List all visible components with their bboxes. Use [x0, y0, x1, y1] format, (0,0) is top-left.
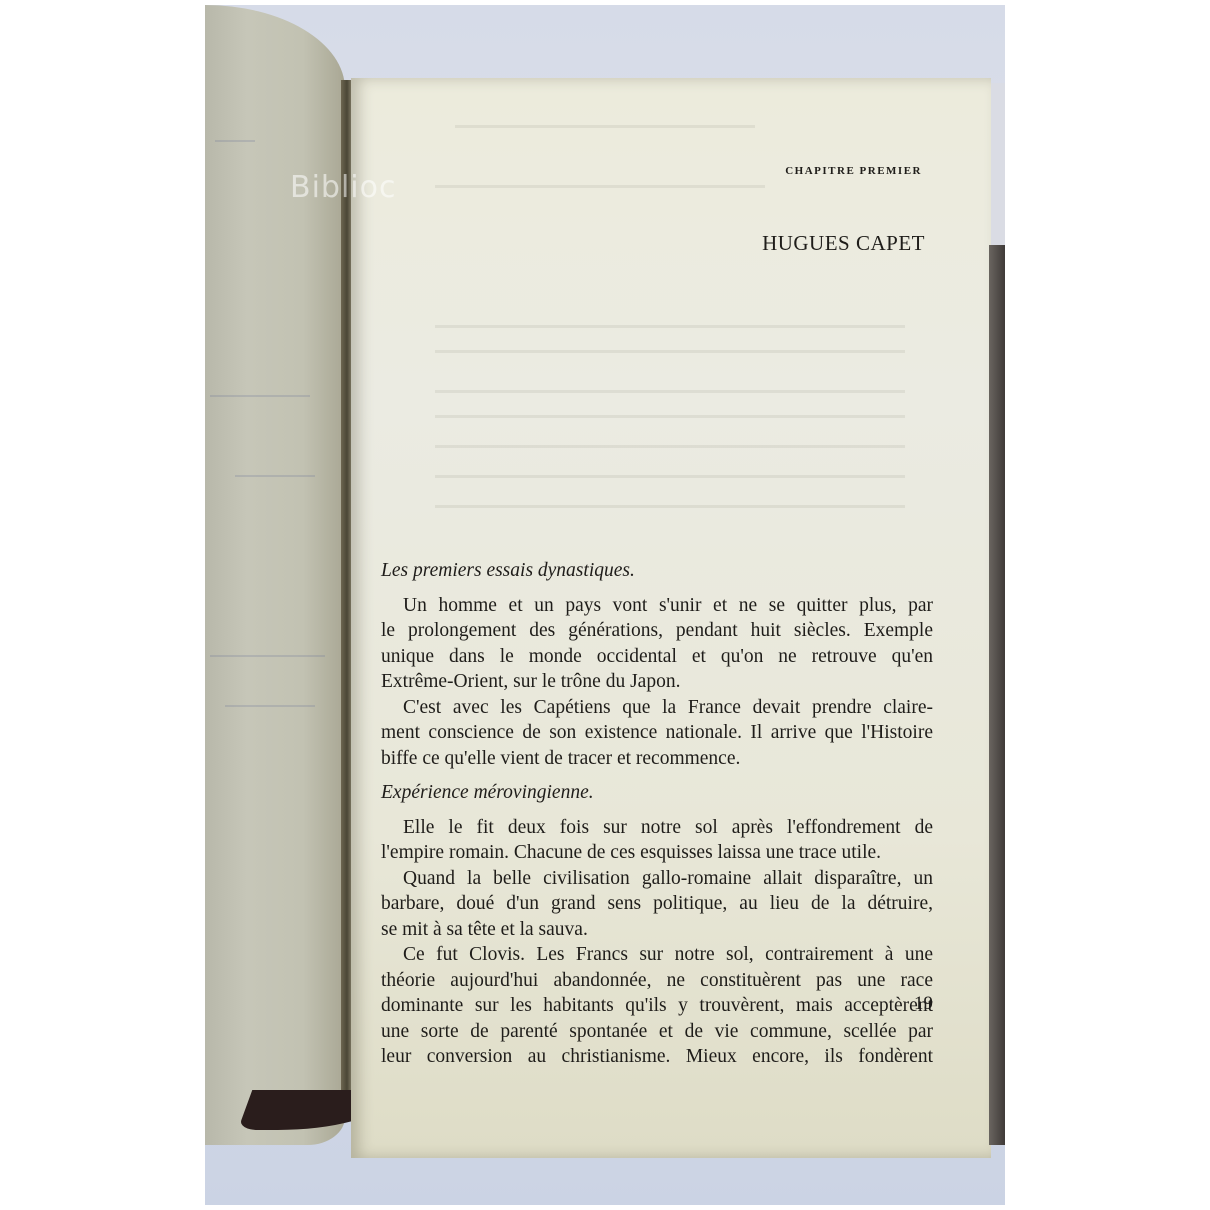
body-text: Les premiers essais dynastiques.Un homme…: [381, 558, 933, 1070]
watermark: Biblioc: [290, 170, 396, 205]
text-line: le prolongement des générations, pendant…: [381, 618, 933, 644]
text-line: l'empire romain. Chacune de ces esquisse…: [381, 840, 933, 866]
text-line: Quand la belle civilisation gallo-romain…: [381, 866, 933, 892]
text-line: biffe ce qu'elle vient de tracer et reco…: [381, 746, 933, 772]
text-line: unique dans le monde occidental et qu'on…: [381, 644, 933, 670]
show-through-line: [435, 445, 905, 448]
show-through-line: [435, 390, 905, 393]
text-line: se mit à sa tête et la sauva.: [381, 917, 933, 943]
show-through-line: [435, 415, 905, 418]
page-edge-shadow: [989, 245, 1005, 1145]
show-through-line: [210, 655, 325, 657]
page-number: 19: [881, 993, 933, 1015]
text-line: Un homme et un pays vont s'unir et ne se…: [381, 593, 933, 619]
chapter-title: Hugues Capet: [635, 231, 925, 256]
section-heading: Les premiers essais dynastiques.: [381, 558, 933, 584]
show-through-line: [435, 325, 905, 328]
chapter-label: Chapitre premier: [745, 165, 922, 177]
text-line: théorie aujourd'hui abandonnée, ne const…: [381, 968, 933, 994]
text-line: Ce fut Clovis. Les Francs sur notre sol,…: [381, 942, 933, 968]
paragraph: Elle le fit deux fois sur notre sol aprè…: [381, 815, 933, 866]
text-line: Extrême-Orient, sur le trône du Japon.: [381, 669, 933, 695]
show-through-line: [235, 475, 315, 477]
text-line: Elle le fit deux fois sur notre sol aprè…: [381, 815, 933, 841]
paragraph: Quand la belle civilisation gallo-romain…: [381, 866, 933, 943]
show-through-line: [215, 140, 255, 142]
show-through-line: [435, 505, 905, 508]
paragraph: C'est avec les Capétiens que la France d…: [381, 695, 933, 772]
text-line: barbare, doué d'un grand sens politique,…: [381, 891, 933, 917]
text-line: C'est avec les Capétiens que la France d…: [381, 695, 933, 721]
show-through-line: [435, 185, 765, 188]
text-line: une sorte de parenté spontanée et de vie…: [381, 1019, 933, 1045]
section-heading: Expérience mérovingienne.: [381, 780, 933, 806]
text-line: ment conscience de son existence nationa…: [381, 720, 933, 746]
paragraph: Ce fut Clovis. Les Francs sur notre sol,…: [381, 942, 933, 1070]
show-through-line: [210, 395, 310, 397]
text-line: leur conversion au christianisme. Mieux …: [381, 1044, 933, 1070]
show-through-line: [225, 705, 315, 707]
paragraph: Un homme et un pays vont s'unir et ne se…: [381, 593, 933, 695]
text-line: dominante sur les habitants qu'ils y tro…: [381, 993, 933, 1019]
show-through-line: [435, 475, 905, 478]
show-through-line: [455, 125, 755, 128]
show-through-line: [435, 350, 905, 353]
